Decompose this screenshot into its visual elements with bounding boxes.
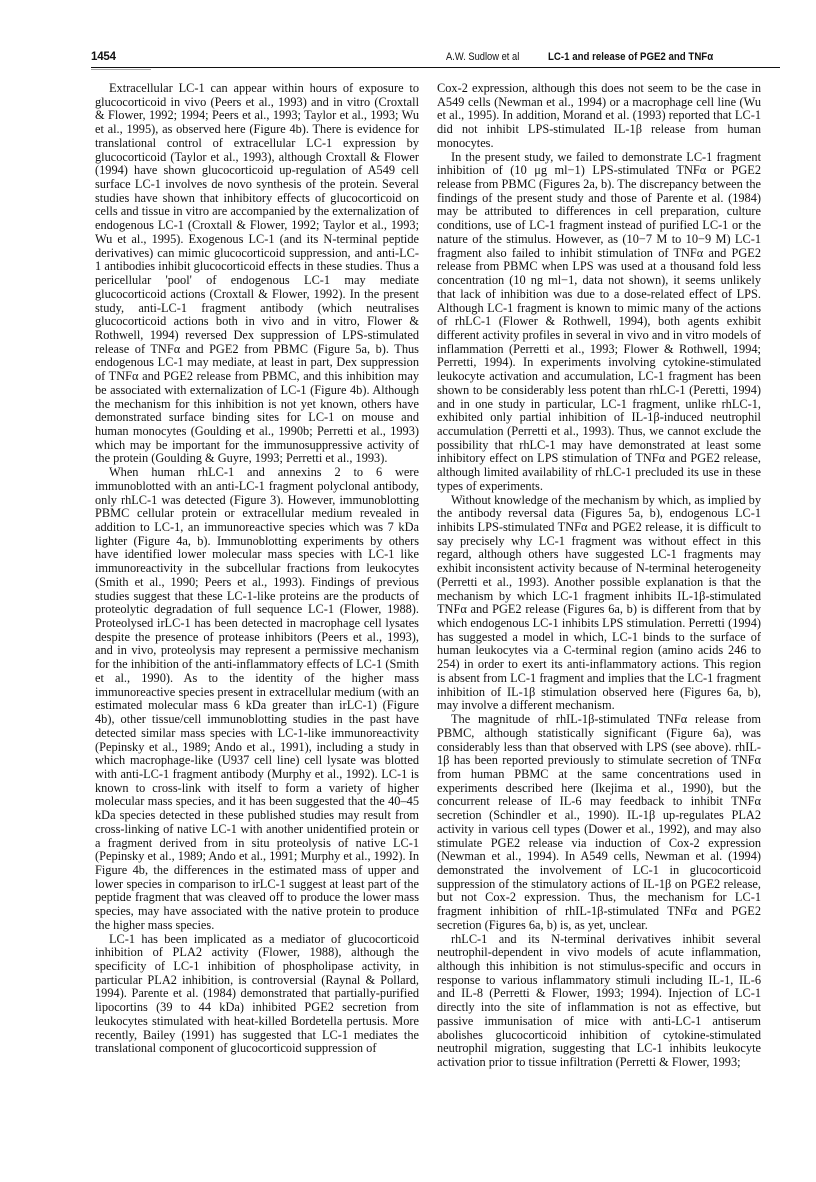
- running-authors: A.W. Sudlow et al: [446, 51, 519, 63]
- paragraph: Without knowledge of the mechanism by wh…: [437, 494, 761, 714]
- paragraph: LC-1 has been implicated as a mediator o…: [95, 933, 419, 1056]
- right-column: Cox-2 expression, although this does not…: [437, 82, 761, 1070]
- running-header: 1454 A.W. Sudlow et al LC-1 and release …: [91, 49, 780, 68]
- paragraph: The magnitude of rhIL-1β-stimulated TNFα…: [437, 713, 761, 933]
- paragraph: In the present study, we failed to demon…: [437, 151, 761, 494]
- left-column: Extracellular LC-1 can appear within hou…: [95, 82, 419, 1056]
- paragraph: rhLC-1 and its N-terminal derivatives in…: [437, 933, 761, 1070]
- header-sub-rule: [91, 69, 151, 70]
- paragraph: Extracellular LC-1 can appear within hou…: [95, 82, 419, 466]
- page-number: 1454: [91, 51, 116, 63]
- paragraph: Cox-2 expression, although this does not…: [437, 82, 761, 151]
- running-title: LC-1 and release of PGE2 and TNFα: [548, 51, 713, 63]
- paragraph: When human rhLC-1 and annexins 2 to 6 we…: [95, 466, 419, 932]
